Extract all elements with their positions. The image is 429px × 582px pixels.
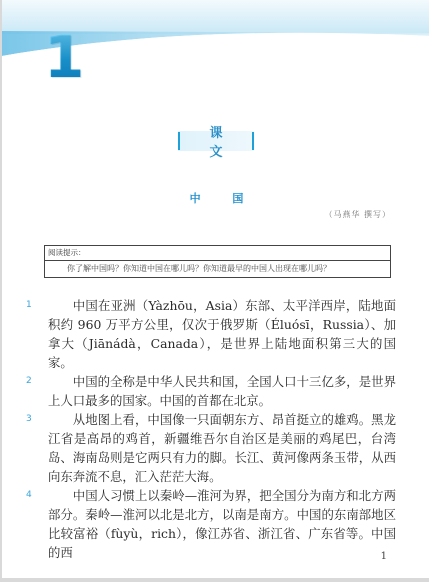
chapter-number: 1 — [44, 28, 84, 86]
lesson-body: 1 中国在亚洲（Yàzhōu，Asia）东部、太平洋西岸，陆地面积约 960 万… — [26, 296, 396, 562]
reading-tip-text: 你了解中国吗？你知道中国在哪儿吗？你知道最早的中国人出现在哪儿吗？ — [45, 261, 390, 277]
paragraph-number: 2 — [26, 372, 32, 391]
reading-tip-box: 阅读提示： 你了解中国吗？你知道中国在哪儿吗？你知道最早的中国人出现在哪儿吗？ — [44, 245, 391, 278]
section-tag: 课 文 — [178, 131, 254, 151]
paragraph-text: 中国在亚洲（Yàzhōu，Asia）东部、太平洋西岸，陆地面积约 960 万平方… — [48, 296, 396, 372]
paragraph-number: 1 — [26, 296, 32, 315]
paragraph-text: 中国的全称是中华人民共和国，全国人口十三亿多，是世界上人口最多的国家。中国的首都… — [48, 372, 396, 410]
page-bottom-edge — [2, 578, 429, 582]
paragraph: 2 中国的全称是中华人民共和国，全国人口十三亿多，是世界上人口最多的国家。中国的… — [26, 372, 396, 410]
author-byline: （马燕华 撰写） — [324, 209, 391, 220]
textbook-page: 1 课 文 中 国 （马燕华 撰写） 阅读提示： 你了解中国吗？你知道中国在哪儿… — [0, 0, 429, 582]
paragraph-text: 中国人习惯上以秦岭—淮河为界，把全国分为南方和北方两部分。秦岭—淮河以北是北方，… — [48, 486, 396, 562]
reading-tip-label: 阅读提示： — [45, 246, 390, 261]
paragraph-text: 从地图上看，中国像一只面朝东方、昂首挺立的雄鸡。黑龙江省是高昂的鸡首，新疆维吾尔… — [48, 410, 396, 486]
lesson-title: 中 国 — [2, 190, 429, 206]
paragraph-number: 3 — [26, 410, 32, 429]
section-tag-right-bar — [252, 132, 254, 150]
section-tag-label: 课 文 — [180, 122, 252, 160]
paragraph: 1 中国在亚洲（Yàzhōu，Asia）东部、太平洋西岸，陆地面积约 960 万… — [26, 296, 396, 372]
page-number: 1 — [381, 551, 387, 562]
paragraph-number: 4 — [26, 486, 32, 505]
paragraph: 3 从地图上看，中国像一只面朝东方、昂首挺立的雄鸡。黑龙江省是高昂的鸡首，新疆维… — [26, 410, 396, 486]
paragraph: 4 中国人习惯上以秦岭—淮河为界，把全国分为南方和北方两部分。秦岭—淮河以北是北… — [26, 486, 396, 562]
